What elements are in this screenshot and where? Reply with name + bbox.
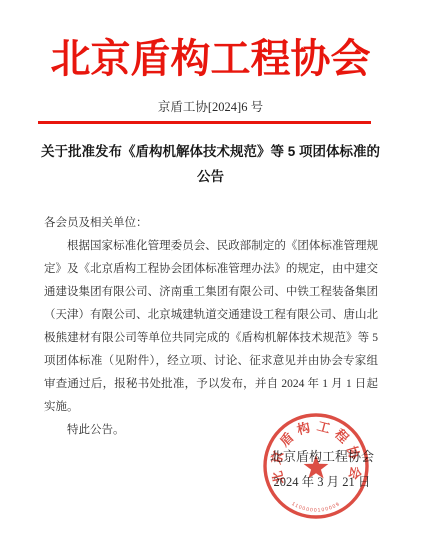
announcement-title-line1: 关于批准发布《盾构机解体技术规范》等 5 项团体标准的: [30, 139, 391, 164]
doc-number: 京盾工协[2024]6 号: [0, 99, 421, 115]
announcement-title: 关于批准发布《盾构机解体技术规范》等 5 项团体标准的 公告: [30, 139, 391, 189]
body-paragraph: 根据国家标准化管理委员会、民政部制定的《团体标准管理规定》及《北京盾构工程协会团…: [44, 235, 378, 419]
org-name-header: 北京盾构工程协会: [0, 33, 421, 85]
svg-text:1100000100009: 1100000100009: [291, 501, 342, 514]
signature-org-name: 北京盾构工程协会: [247, 448, 397, 465]
closing-line: 特此公告。: [44, 419, 378, 442]
red-divider-line: [38, 121, 371, 124]
body-text: 各会员及相关单位： 根据国家标准化管理委员会、民政部制定的《团体标准管理规定》及…: [44, 212, 378, 442]
seal-serial-number: 1100000100009: [291, 501, 342, 514]
document-page: 北京盾构工程协会 京盾工协[2024]6 号 关于批准发布《盾构机解体技术规范》…: [0, 0, 421, 560]
signature-date: 2024 年 3 月 21 日: [247, 474, 397, 491]
salutation: 各会员及相关单位：: [44, 212, 378, 235]
announcement-title-line2: 公告: [30, 164, 391, 189]
